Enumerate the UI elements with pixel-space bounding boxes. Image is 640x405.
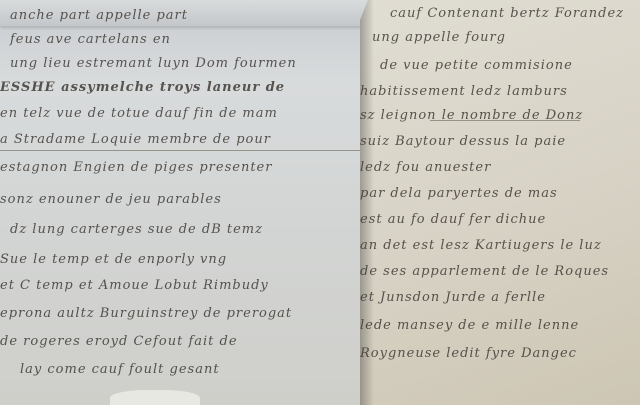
manuscript-line: eprona aultz Burguinstrey de prerogat [0,306,292,321]
manuscript-line: ledz fou anuester [360,160,491,175]
manuscript-line: lay come cauf foult gesant [20,362,220,377]
manuscript-line: feus ave cartelans en [10,32,171,47]
manuscript-line: an det est lesz Kartiugers le luz [360,238,602,253]
manuscript-line: et C temp et Amoue Lobut Rimbudy [0,278,269,293]
manuscript-line: habitissement ledz lamburs [360,84,568,99]
manuscript-line: en telz vue de totue dauf fin de mam [0,106,278,121]
manuscript-line: ung lieu estremant luyn Dom fourmen [10,56,297,71]
manuscript-line: a Stradame Loquie membre de pour [0,132,271,147]
manuscript-line: Sue le temp et de enporly vng [0,252,227,267]
manuscript-line: de rogeres eroyd Cefout fait de [0,334,238,349]
manuscript-line: dz lung carterges sue de dB temz [10,222,263,237]
manuscript-line: ung appelle fourg [372,30,506,45]
manuscript-photo: anche part appelle part feus ave cartela… [0,0,640,405]
manuscript-line: suiz Baytour dessus la paie [360,134,566,149]
underline [430,120,580,121]
parchment-crease [360,0,374,405]
manuscript-line: anche part appelle part [10,8,188,23]
manuscript-line: par dela paryertes de mas [360,186,558,201]
manuscript-line: de vue petite commisione [380,58,573,73]
manuscript-line: de ses apparlement de le Roques [360,264,609,279]
manuscript-line: Roygneuse ledit fyre Dangec [360,346,577,361]
parchment-left-leaf: anche part appelle part feus ave cartela… [0,0,372,405]
manuscript-line: et Junsdon Jurde a ferlle [360,290,546,305]
manuscript-line: ESSHE assymelche troys laneur de [0,80,285,95]
parchment-right-leaf: cauf Contenant bertz Forandez ung appell… [360,0,640,405]
manuscript-line: lede mansey de e mille lenne [360,318,579,333]
manuscript-line: est au fo dauf fer dichue [360,212,546,227]
white-cloth [110,390,200,405]
manuscript-line: cauf Contenant bertz Forandez [390,6,624,21]
manuscript-line: estagnon Engien de piges presenter [0,160,272,175]
ruled-line [0,150,372,151]
manuscript-line: sonz enouner de jeu parables [0,192,222,207]
